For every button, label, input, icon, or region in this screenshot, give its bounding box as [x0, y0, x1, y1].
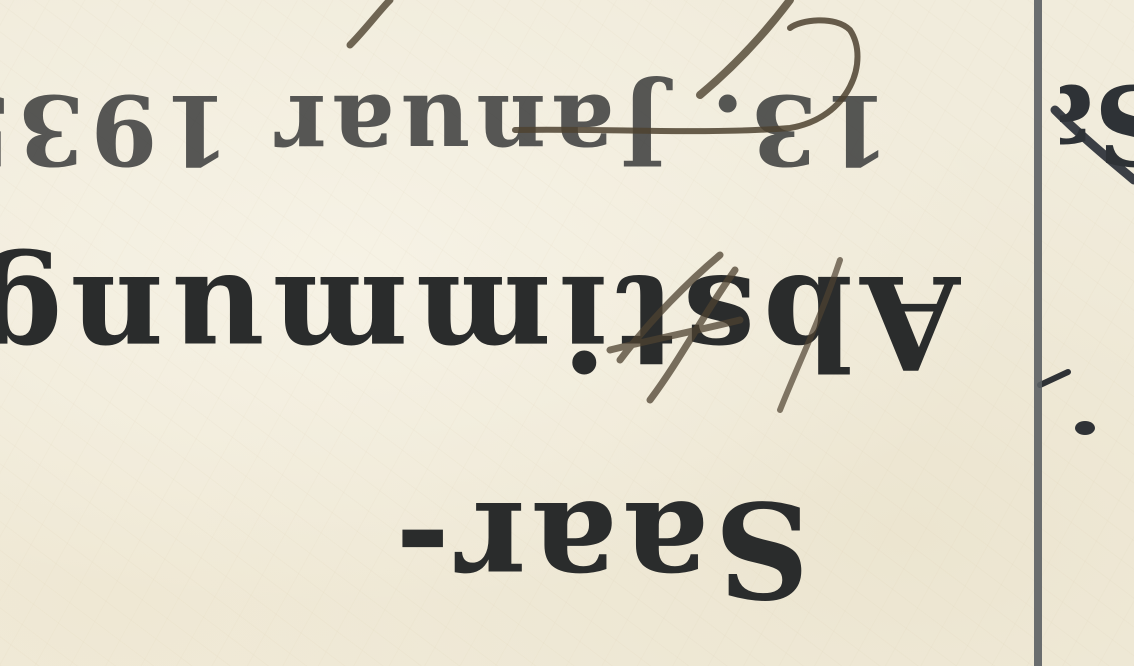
- adjacent-overprint-glyphs: Sa: [1060, 60, 1134, 189]
- stamp-border-line: [1034, 0, 1042, 666]
- handwritten-ink-strokes: [0, 0, 1134, 666]
- adjacent-stamp-fragment: Sa: [1060, 0, 1134, 666]
